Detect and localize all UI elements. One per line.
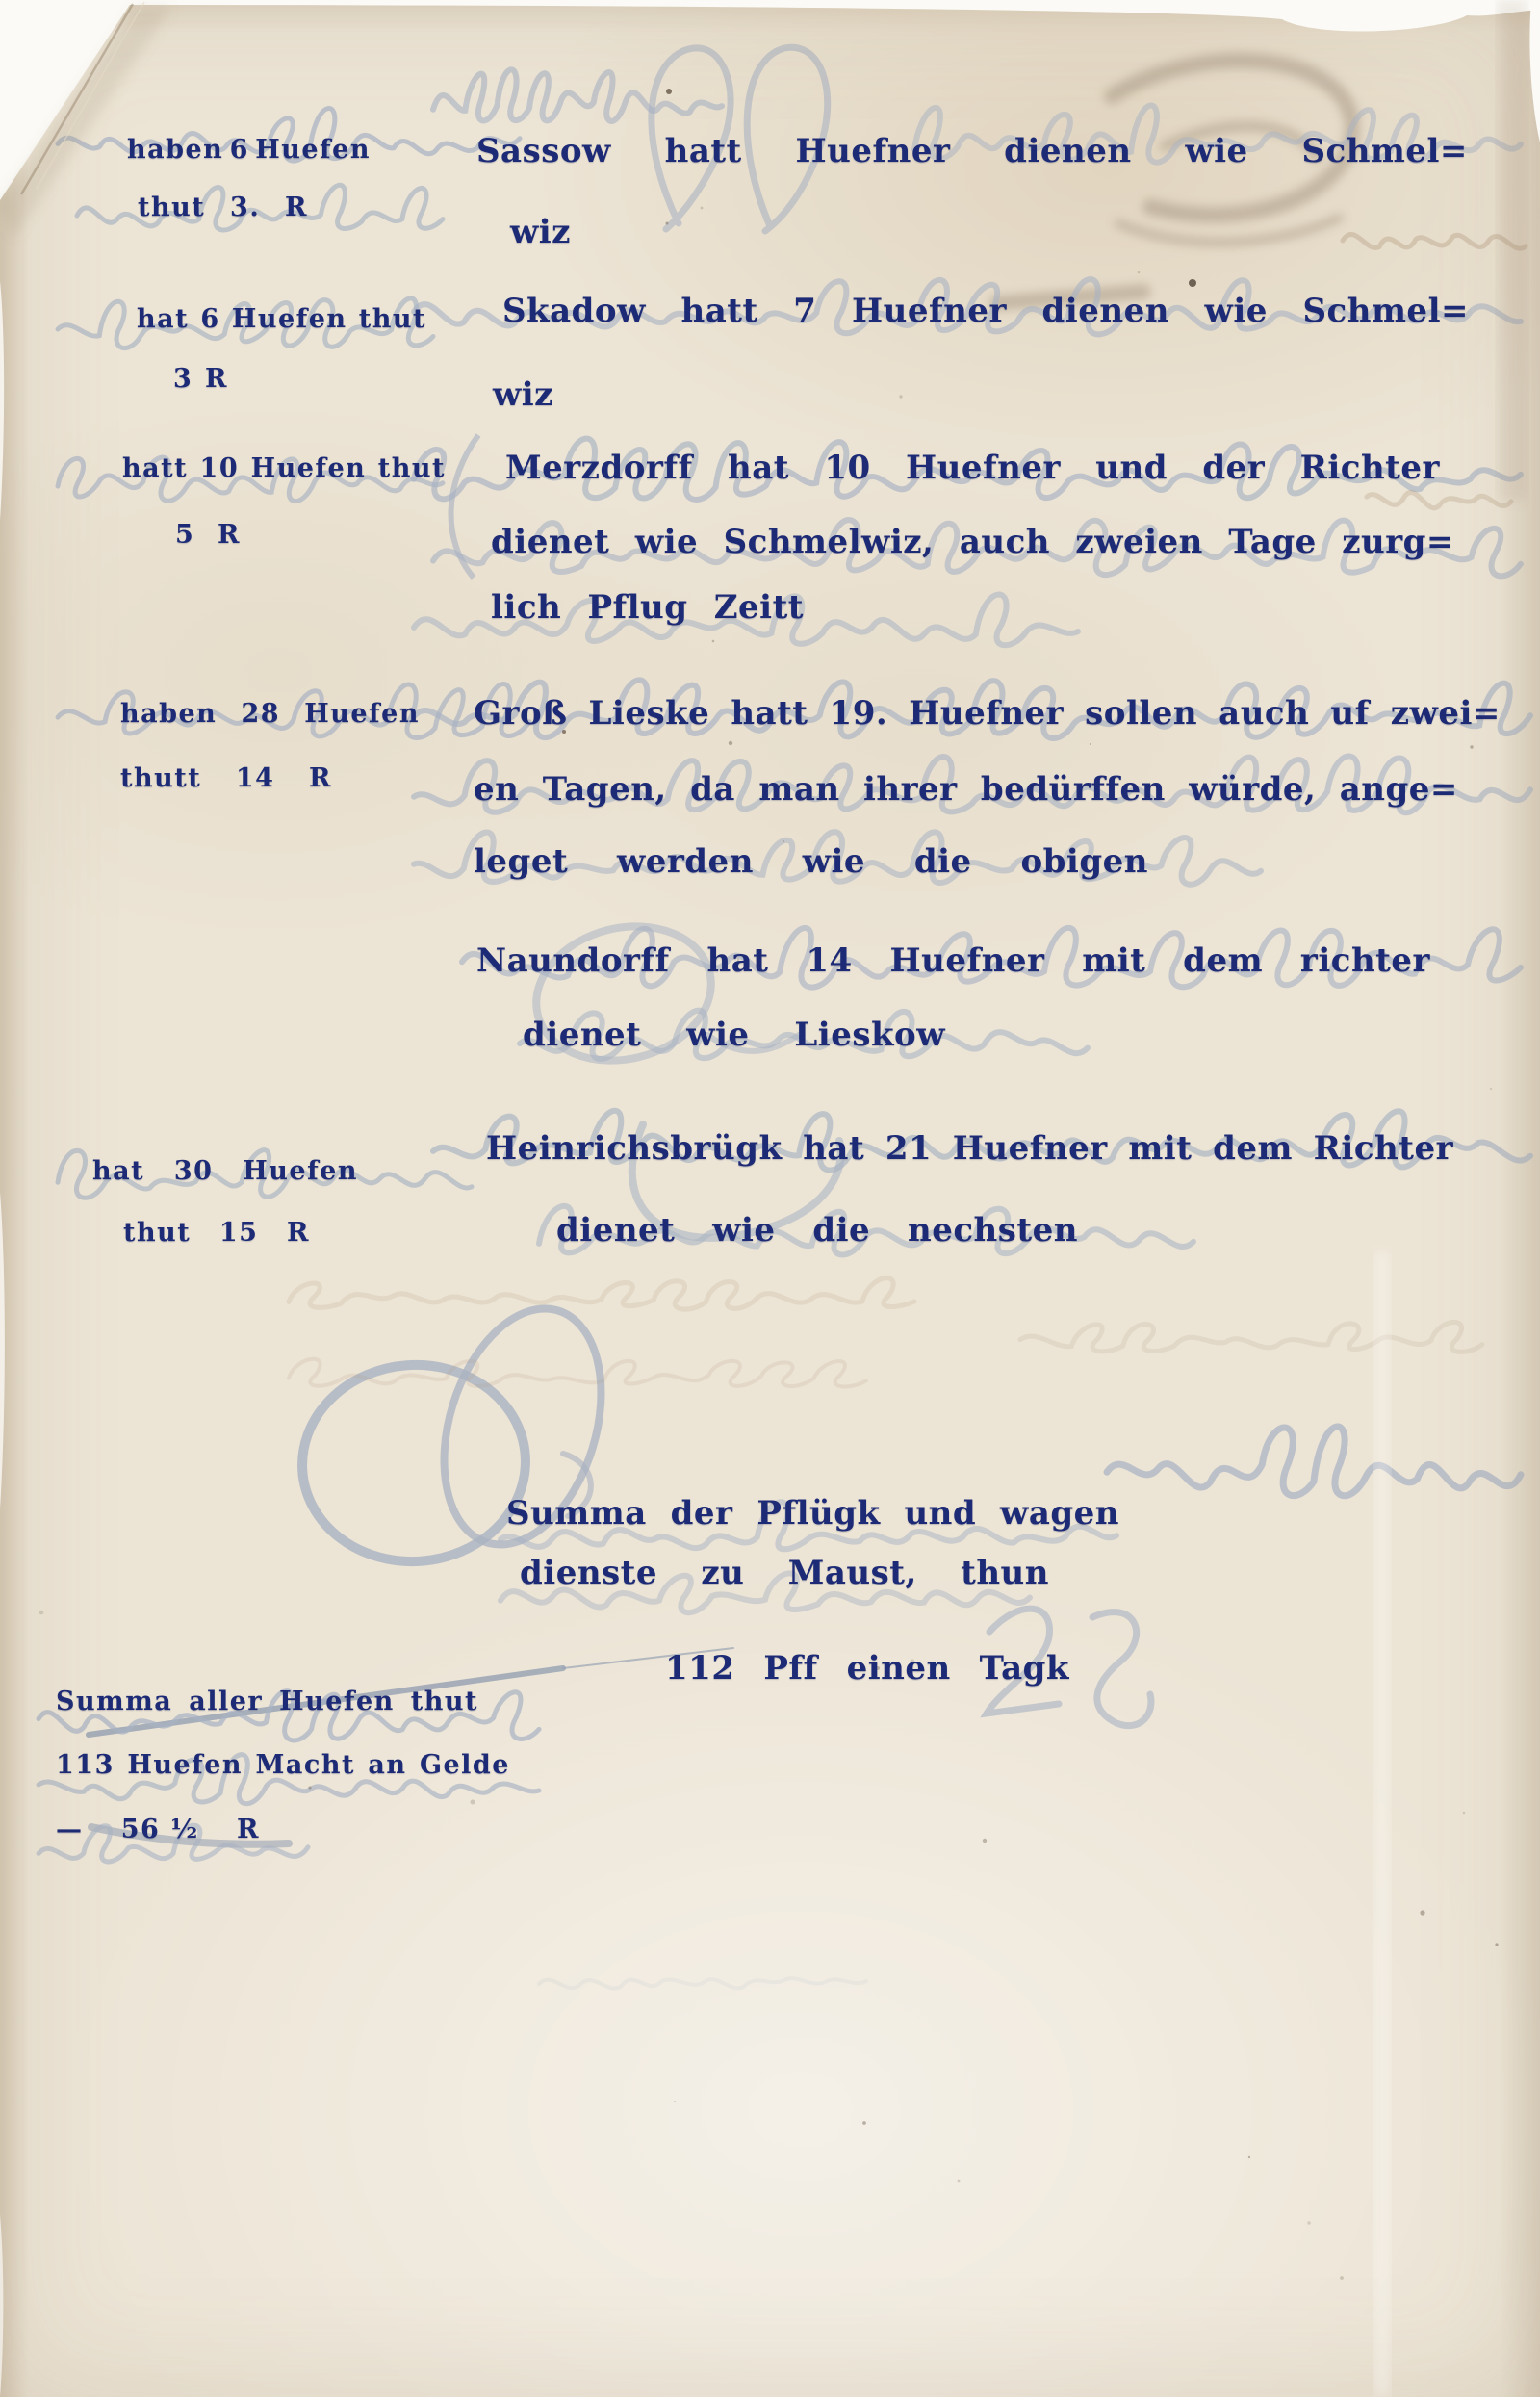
- entry-sassow-line-2: wiz: [510, 213, 571, 252]
- summary-line-2: dienstezuMaust,thun: [520, 1554, 1049, 1593]
- entry-heinrichsbruegk-line-1: Heinrichsbrügkhat21HuefnermitdemRichter: [486, 1129, 1453, 1169]
- entry-skadow-line-2: wiz: [493, 375, 553, 415]
- manuscript-page: SassowhattHuefnerdienenwieSchmel= wiz Sk…: [0, 0, 1540, 2397]
- transcription-layer: SassowhattHuefnerdienenwieSchmel= wiz Sk…: [0, 0, 1540, 2397]
- entry-gross-lieske-line-3: legetwerdenwiedieobigen: [474, 842, 1148, 882]
- margin-note-2-line-1: hat6Huefenthut: [137, 304, 426, 335]
- entry-sassow-line-1: SassowhattHuefnerdienenwieSchmel=: [476, 132, 1468, 171]
- entry-naundorff-line-2: dienetwieLieskow: [523, 1016, 945, 1055]
- entry-merzdorff-line-2: dienetwieSchmelwiz,auchzweienTagezurg=: [491, 523, 1454, 562]
- entry-gross-lieske-line-2: enTagen,damanihrerbedürffenwürde,ange=: [474, 770, 1458, 810]
- margin-note-4-line-1: haben28Huefen: [120, 699, 420, 730]
- entry-gross-lieske-line-1: GroßLieskehatt19.Huefnersollenauchufzwei…: [474, 694, 1501, 734]
- margin-note-3-line-2: 5R: [175, 520, 241, 551]
- margin-note-1-line-1: haben6Huefen: [127, 135, 371, 166]
- margin-note-1-line-2: thut3.R: [138, 193, 308, 223]
- margin-note-2-line-2: 3R: [173, 364, 228, 395]
- margin-note-4-line-2: thutt14R: [120, 763, 332, 794]
- margin-note-6-line-1: SummaallerHuefenthut: [56, 1687, 478, 1717]
- margin-note-3-line-1: hatt10Huefenthut: [122, 453, 446, 484]
- margin-note-5-line-2: thut15R: [123, 1218, 310, 1249]
- margin-note-5-line-1: hat30Huefen: [92, 1156, 358, 1187]
- entry-heinrichsbruegk-line-2: dienetwiedienechsten: [556, 1211, 1078, 1250]
- entry-skadow-line-1: Skadowhatt7HuefnerdienenwieSchmel=: [502, 292, 1469, 331]
- entry-merzdorff-line-3: lichPflugZeitt: [491, 588, 804, 628]
- entry-merzdorff-line-1: Merzdorffhat10HuefnerundderRichter: [505, 449, 1440, 488]
- summary-line-3: 112PffeinenTagk: [665, 1649, 1069, 1688]
- entry-naundorff-line-1: Naundorffhat14Huefnermitdemrichter: [476, 941, 1430, 981]
- summary-line-1: SummaderPflügkundwagen: [506, 1494, 1119, 1534]
- margin-note-6-line-3: —56 ½R: [56, 1815, 260, 1845]
- margin-note-6-line-2: 113HuefenMachtanGelde: [56, 1750, 510, 1781]
